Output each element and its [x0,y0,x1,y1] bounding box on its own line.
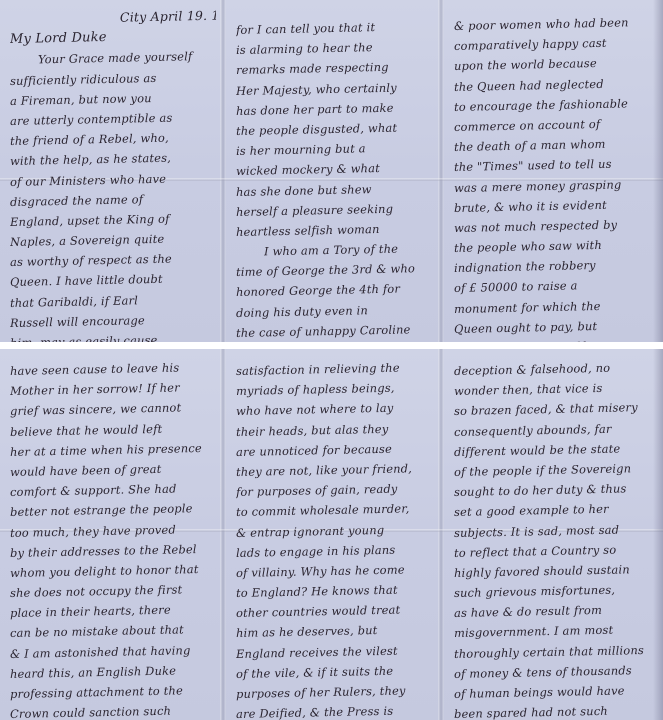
letter-page-1: City April 19. 1864 My Lord Duke Your Gr… [0,0,222,342]
letter-page-2: for I can tell you that it is alarming t… [226,0,440,342]
page-edge-shadow [653,349,663,720]
letter-page-4: have seen cause to leave his Mother in h… [0,349,222,720]
text-line: Crown could sanction such [10,700,216,720]
letter-page-3: & poor women who had been comparatively … [444,0,663,342]
page-edge-shadow [653,0,663,342]
letter-sheet-top: City April 19. 1864 My Lord Duke Your Gr… [0,0,663,342]
text-line: are Deified, & the Press is [236,700,434,720]
letter-page-5: satisfaction in relieving the myriads of… [226,349,440,720]
text-line: been spared had not such [454,700,657,720]
letter-sheet-bottom: have seen cause to leave his Mother in h… [0,349,663,720]
letter-page-6: deception & falsehood, no wonder then, t… [444,349,663,720]
